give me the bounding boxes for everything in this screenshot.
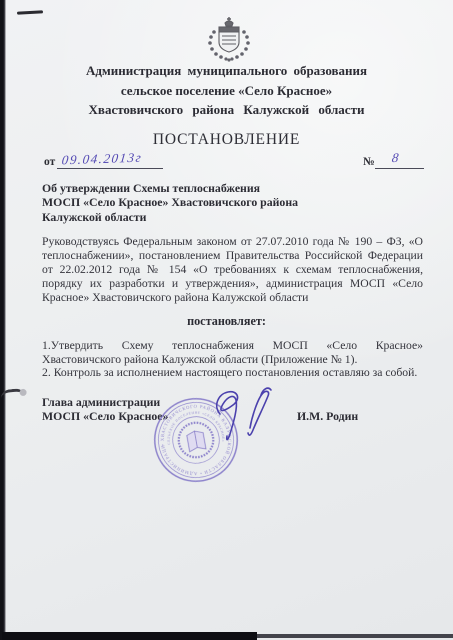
- subject-line1: Об утверждении Схемы теплоснабжения: [42, 181, 362, 195]
- handwritten-number: 8: [391, 150, 401, 166]
- subject-line3: Калужской области: [42, 210, 362, 224]
- handwritten-date: 09.04.2013г: [61, 150, 143, 169]
- scanned-document-page: Администрация муниципального образования…: [0, 0, 453, 640]
- scan-edge-bottom-dark: [2, 632, 257, 640]
- subject-line2: МОСП «Село Красное» Хвастовичского район…: [42, 195, 362, 209]
- signatory-name: И.М. Родин: [297, 409, 358, 424]
- scan-mark-top-left: [17, 10, 43, 14]
- document-type-title: ПОСТАНОВЛЕНИЕ: [0, 131, 453, 149]
- handwritten-signature: [200, 384, 278, 452]
- number-label: №: [363, 156, 375, 168]
- scan-edge-bottom-gray: [257, 634, 453, 638]
- body-paragraph: Руководствуясь Федеральным законом от 27…: [42, 235, 423, 305]
- org-name-line3: Хвастовичского района Калужской области: [0, 100, 453, 120]
- org-header: Администрация муниципального образования…: [0, 61, 453, 120]
- subject-block: Об утверждении Схемы теплоснабжения МОСП…: [42, 181, 362, 224]
- signatory-title: Глава администрации МОСП «Село Красное»: [42, 395, 168, 424]
- org-name-line1: Администрация муниципального образования: [0, 61, 453, 81]
- date-label: от: [44, 156, 55, 168]
- signatory-title-line2: МОСП «Село Красное»: [42, 409, 168, 423]
- org-name-line2: сельское поселение «Село Красное»: [0, 81, 453, 101]
- coat-of-arms-icon: [204, 16, 254, 63]
- scan-mark-left-edge: [0, 388, 26, 406]
- resolution-item-1: 1.Утвердить Схему теплоснабжения МОСП «С…: [42, 339, 423, 367]
- resolves-label: постановляет:: [0, 314, 453, 329]
- resolution-item-2: 2. Контроль за исполнением настоящего по…: [42, 366, 423, 380]
- signatory-title-line1: Глава администрации: [42, 395, 168, 409]
